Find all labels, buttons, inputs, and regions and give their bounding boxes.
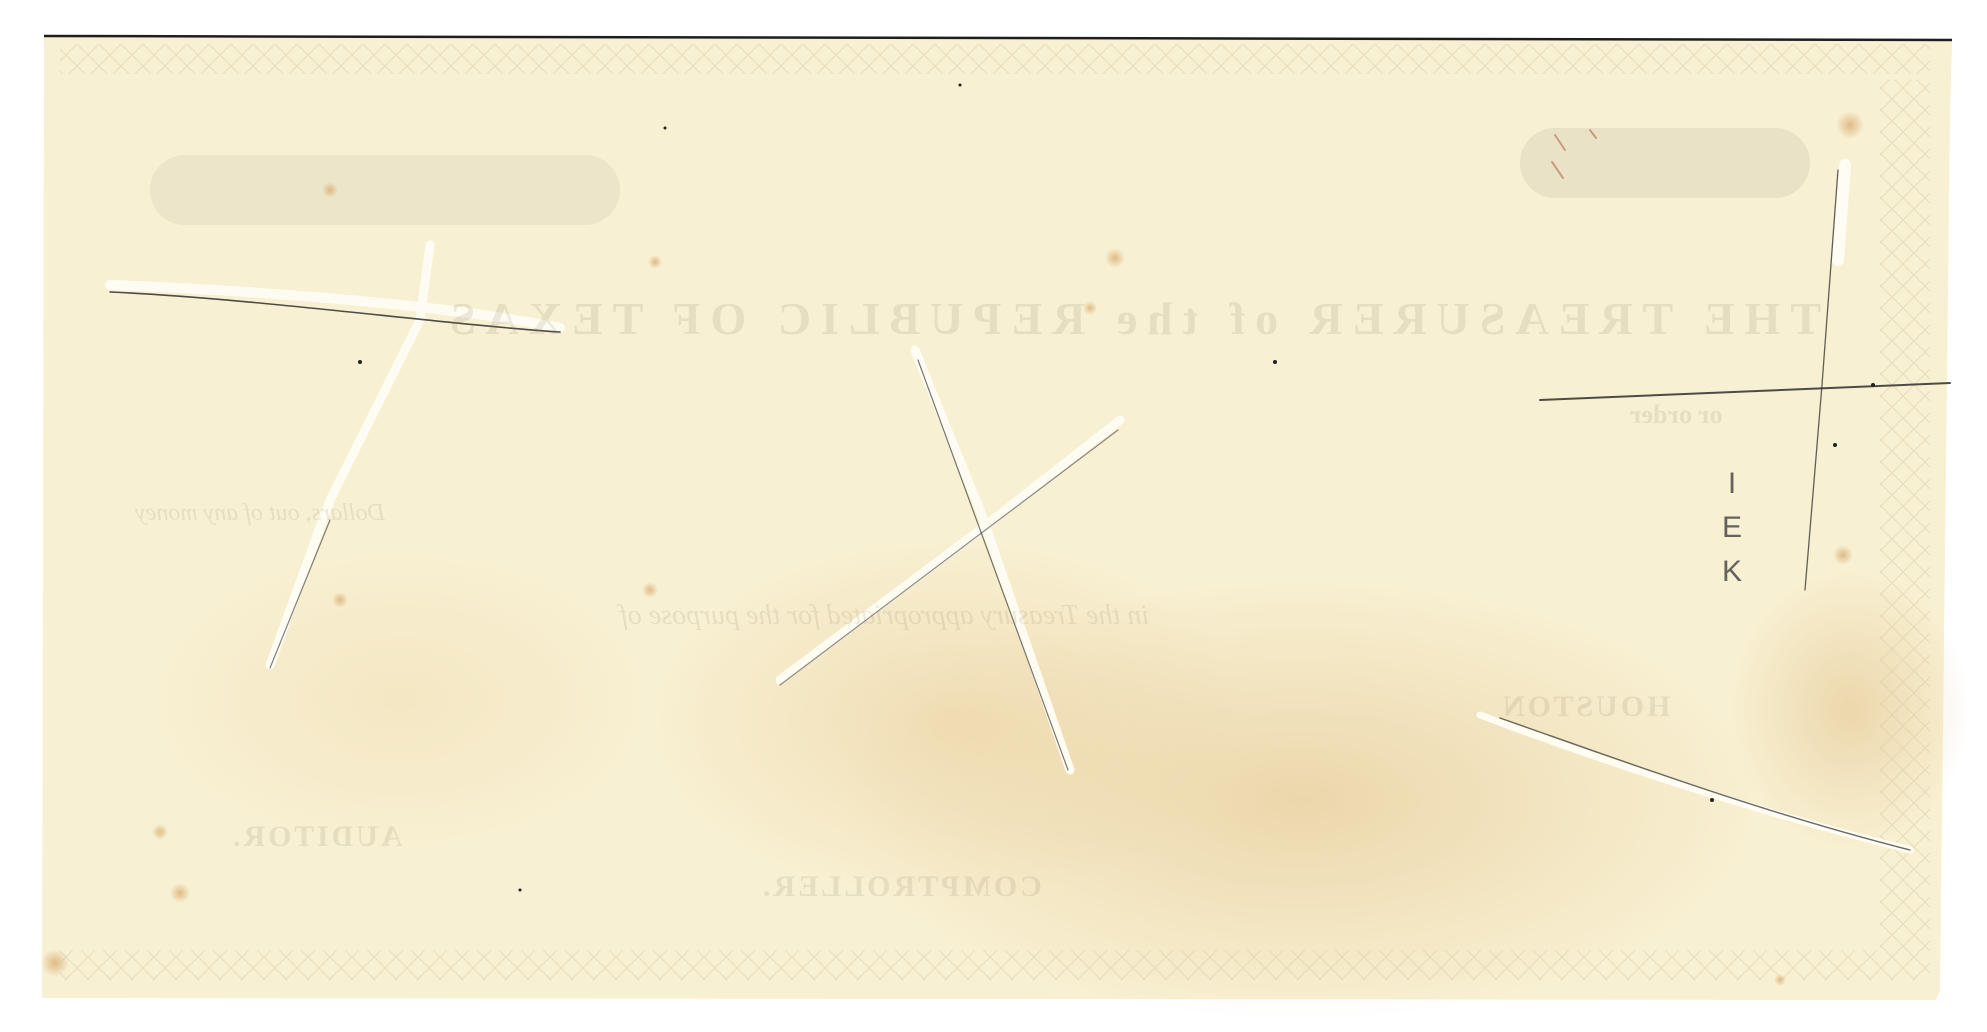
showthrough-appropriation: in the Treasury appropriated for the pur… bbox=[620, 600, 1149, 632]
pencil-notation: I E K bbox=[1712, 462, 1752, 594]
showthrough-title: THE TREASURER of the REPUBLIC OF TEXAS bbox=[440, 292, 1821, 345]
showthrough-auditor: AUDITOR. bbox=[230, 820, 403, 854]
pencil-char: I bbox=[1712, 462, 1752, 506]
showthrough-comptroller: COMPTROLLER. bbox=[760, 870, 1042, 904]
document-scan: THE TREASURER of the REPUBLIC OF TEXAS o… bbox=[0, 0, 1987, 1032]
showthrough-place: HOUSTON bbox=[1500, 690, 1671, 724]
pencil-char: K bbox=[1712, 550, 1752, 594]
showthrough-order: or order bbox=[1630, 400, 1723, 430]
pencil-char: E bbox=[1712, 506, 1752, 550]
showthrough-dollars: Dollars, out of any money bbox=[135, 500, 385, 527]
